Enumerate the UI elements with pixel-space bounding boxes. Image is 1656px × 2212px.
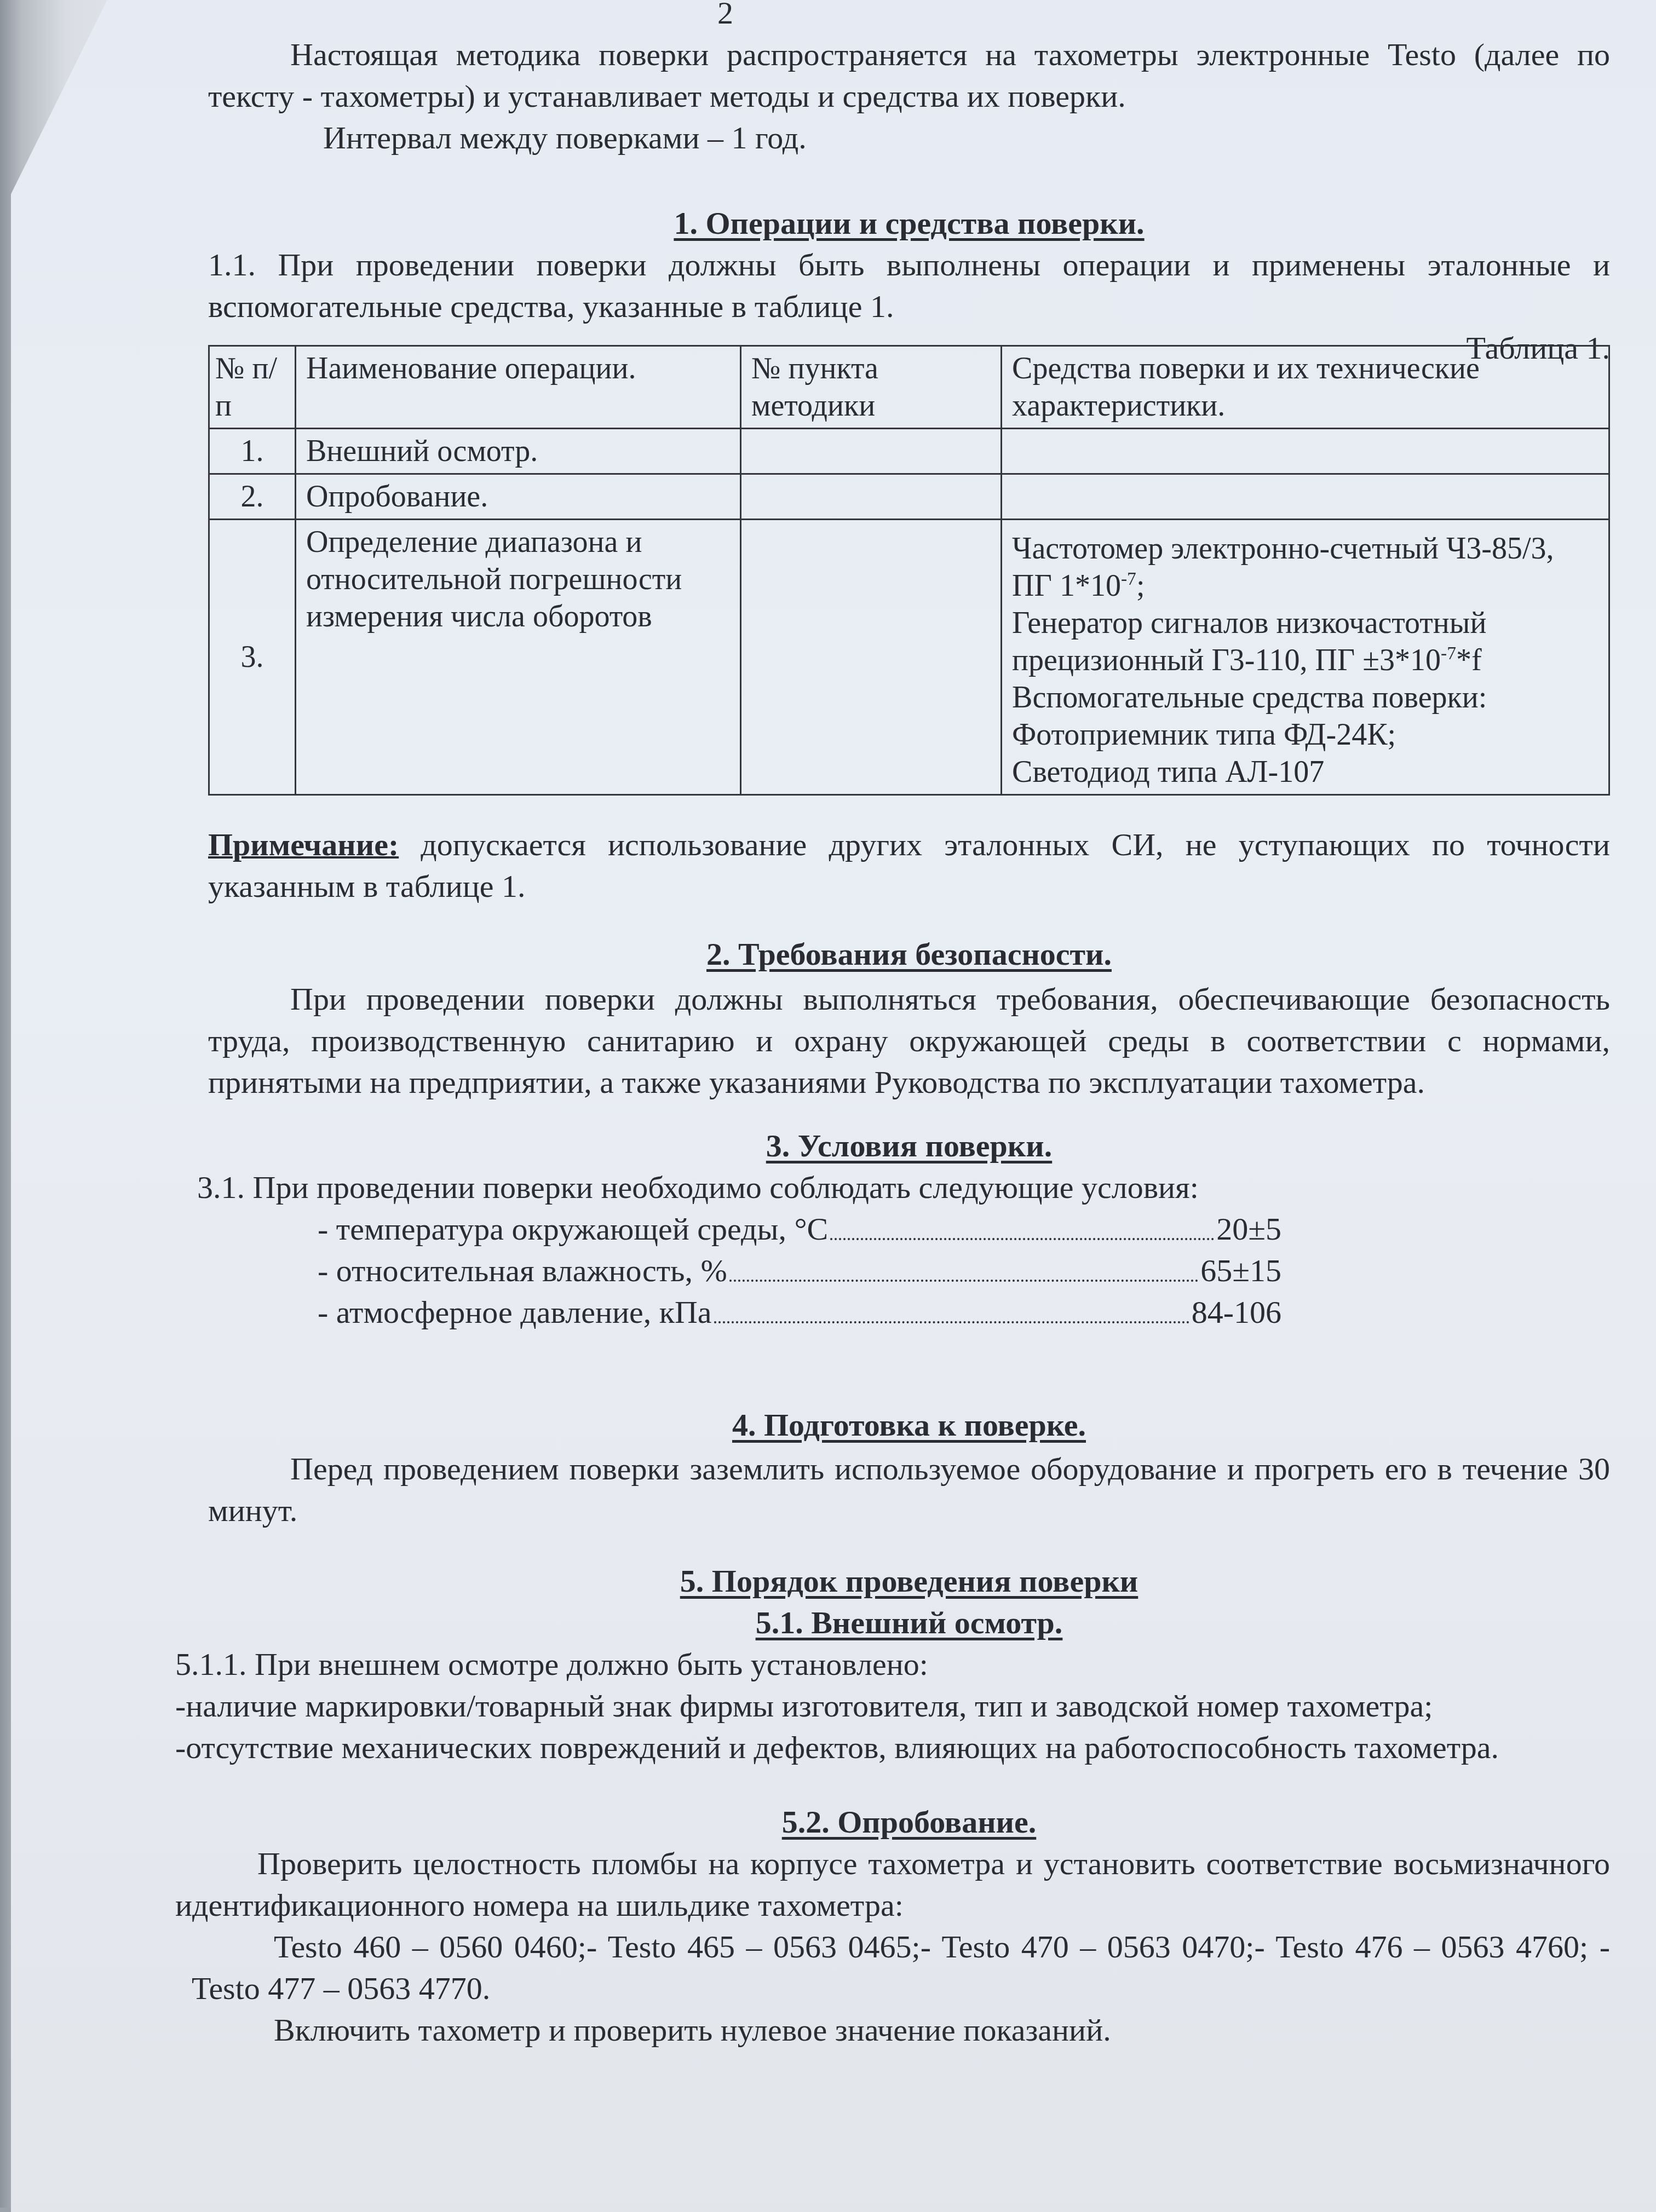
table-header-row: № п/п Наименование операции. № пункта ме… [209, 346, 1609, 429]
intro: Настоящая методика поверки распространяе… [208, 34, 1610, 159]
header-means: Средства поверки и их технические характ… [1002, 346, 1609, 429]
table-row: 1. Внешний осмотр. [209, 429, 1609, 474]
exponent: -7 [1121, 569, 1136, 589]
header-point: № пункта методики [741, 346, 1002, 429]
table-1: № п/п Наименование операции. № пункта ме… [208, 345, 1610, 796]
section-3: 3. Условия поверки. 3.1. При проведении … [208, 1125, 1610, 1333]
intro-paragraph: Настоящая методика поверки распространяе… [208, 34, 1610, 117]
zero-check-paragraph: Включить тахометр и проверить нулевое зн… [192, 2009, 1610, 2051]
header-num: № п/п [209, 346, 296, 429]
section-4-title: 4. Подготовка к поверке. [208, 1404, 1610, 1446]
dot-leader [714, 1292, 1189, 1323]
condition-value: 84-106 [1192, 1292, 1281, 1333]
document-page: 2 Настоящая методика поверки распростран… [11, 0, 1656, 2208]
dot-leader [830, 1208, 1214, 1240]
table-1-container: № п/п Наименование операции. № пункта ме… [208, 345, 1610, 796]
note-label: Примечание: [208, 827, 399, 862]
row-3-name: Определение диапазона и относительной по… [295, 520, 740, 795]
section-5-1-title: 5.1. Внешний осмотр. [208, 1602, 1610, 1644]
condition-humidity: - относительная влажность, % 65±15 [318, 1250, 1281, 1292]
condition-label: - атмосферное давление, кПа [318, 1292, 712, 1333]
row-3-point [741, 520, 1002, 795]
dot-leader [729, 1250, 1198, 1282]
note-text: допускается использование других эталонн… [208, 827, 1610, 904]
condition-value: 20±5 [1216, 1208, 1281, 1250]
row-1-means [1002, 429, 1609, 474]
model-list: Testo 460 – 0560 0460;- Testo 465 – 0563… [192, 1926, 1610, 2009]
means-frequency-meter: Частотомер электронно-счетный Ч3-85/3, П… [1012, 532, 1554, 603]
section-5-2: 5.2. Опробование. Проверить целостность … [208, 1801, 1610, 2051]
section-3-paragraph: 3.1. При проведении поверки необходимо с… [197, 1167, 1610, 1208]
row-1-name: Внешний осмотр. [295, 429, 740, 474]
table-note: Примечание: допускается использование др… [208, 824, 1610, 907]
row-2-num: 2. [209, 474, 296, 520]
section-5-1-paragraph: 5.1.1. При внешнем осмотре должно быть у… [175, 1644, 1610, 1685]
section-5-2-paragraph: Проверить целостность пломбы на корпусе … [175, 1843, 1610, 1926]
condition-pressure: - атмосферное давление, кПа 84-106 [318, 1292, 1281, 1333]
exponent: -7 [1441, 643, 1456, 664]
row-2-means [1002, 474, 1609, 520]
condition-label: - относительная влажность, % [318, 1250, 727, 1292]
section-2-title: 2. Требования безопасности. [208, 934, 1610, 975]
punctuation: ; [1136, 569, 1145, 603]
note-paragraph: Примечание: допускается использование др… [208, 824, 1610, 907]
row-3-num: 3. [209, 520, 296, 795]
section-5: 5. Порядок проведения поверки 5.1. Внешн… [208, 1560, 1610, 1769]
row-3-means: Частотомер электронно-счетный Ч3-85/3, П… [1002, 520, 1609, 795]
row-2-name: Опробование. [295, 474, 740, 520]
table-row: 2. Опробование. [209, 474, 1609, 520]
header-name: Наименование операции. [295, 346, 740, 429]
inspection-item: -наличие маркировки/товарный знак фирмы … [175, 1685, 1610, 1727]
row-2-point [741, 474, 1002, 520]
means-photodetector: Фотоприемник типа ФД-24К; [1012, 718, 1396, 752]
condition-value: 65±15 [1200, 1250, 1281, 1292]
inspection-item: -отсутствие механических повреждений и д… [175, 1727, 1610, 1769]
section-2: 2. Требования безопасности. При проведен… [208, 934, 1610, 1103]
section-1-title: 1. Операции и средства поверки. [208, 203, 1610, 244]
frequency-symbol: *f [1456, 643, 1482, 677]
section-5-title: 5. Порядок проведения поверки [208, 1560, 1610, 1602]
condition-label: - температура окружающей среды, °С [318, 1208, 828, 1250]
table-row: 3. Определение диапазона и относительной… [209, 520, 1609, 795]
means-signal-generator: Генератор сигналов низкочастотный прециз… [1012, 606, 1486, 677]
row-1-point [741, 429, 1002, 474]
section-4: 4. Подготовка к поверке. Перед проведени… [208, 1404, 1610, 1531]
section-1-paragraph: 1.1. При проведении поверки должны быть … [208, 244, 1610, 327]
condition-temperature: - температура окружающей среды, °С 20±5 [318, 1208, 1281, 1250]
means-led: Светодиод типа АЛ-107 [1012, 755, 1324, 789]
section-5-2-title: 5.2. Опробование. [208, 1801, 1610, 1843]
row-1-num: 1. [209, 429, 296, 474]
section-2-paragraph: При проведении поверки должны выполнятьс… [208, 978, 1610, 1103]
section-3-title: 3. Условия поверки. [208, 1125, 1610, 1167]
section-1: 1. Операции и средства поверки. 1.1. При… [208, 203, 1610, 369]
means-auxiliary-label: Вспомогательные средства поверки: [1012, 681, 1487, 715]
interval-paragraph: Интервал между поверками – 1 год. [208, 117, 1610, 159]
page-number: 2 [717, 0, 733, 31]
section-4-paragraph: Перед проведением поверки заземлить испо… [208, 1448, 1610, 1531]
